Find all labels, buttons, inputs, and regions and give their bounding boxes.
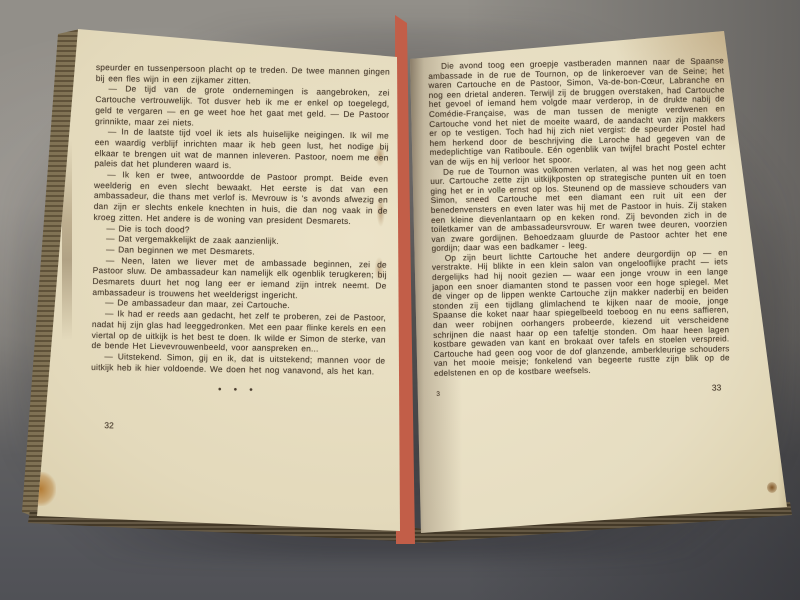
paragraph: — Uitstekend. Simon, gij en ik, dat is u…: [91, 351, 385, 377]
left-page-text: speurder en tussenpersoon placht op te t…: [90, 62, 390, 435]
paragraph: Die avond toog een groepje vastberaden m…: [428, 56, 726, 167]
paragraph: — In de laatste tijd voel ik iets als hu…: [94, 126, 389, 173]
paragraph: — Ik ken er twee, antwoordde de Pastoor …: [93, 169, 388, 227]
paragraph: De rue de Tournon was volkomen verlaten,…: [430, 162, 728, 254]
paragraph: Op zijn beurt lichtte Cartouche het ande…: [432, 248, 730, 378]
photo-open-book: speurder en tussenpersoon placht op te t…: [0, 0, 800, 600]
right-page-paragraphs: Die avond toog een groepje vastberaden m…: [428, 56, 730, 378]
left-page-paragraphs: speurder en tussenpersoon placht op te t…: [91, 62, 390, 377]
page-number-right: 33: [712, 382, 731, 392]
section-separator: • • •: [91, 382, 385, 397]
signature-mark: 3: [434, 390, 440, 397]
paragraph: — Neen, laten we liever met de ambassade…: [92, 255, 387, 302]
stain-right-edge-spot: [767, 482, 777, 493]
right-page-text: Die avond toog een groepje vastberaden m…: [428, 56, 730, 397]
paragraph: — Ik had er reeds aan gedacht, het zelf …: [91, 308, 386, 355]
paragraph: — De tijd van de grote ondernemingen is …: [95, 83, 390, 130]
